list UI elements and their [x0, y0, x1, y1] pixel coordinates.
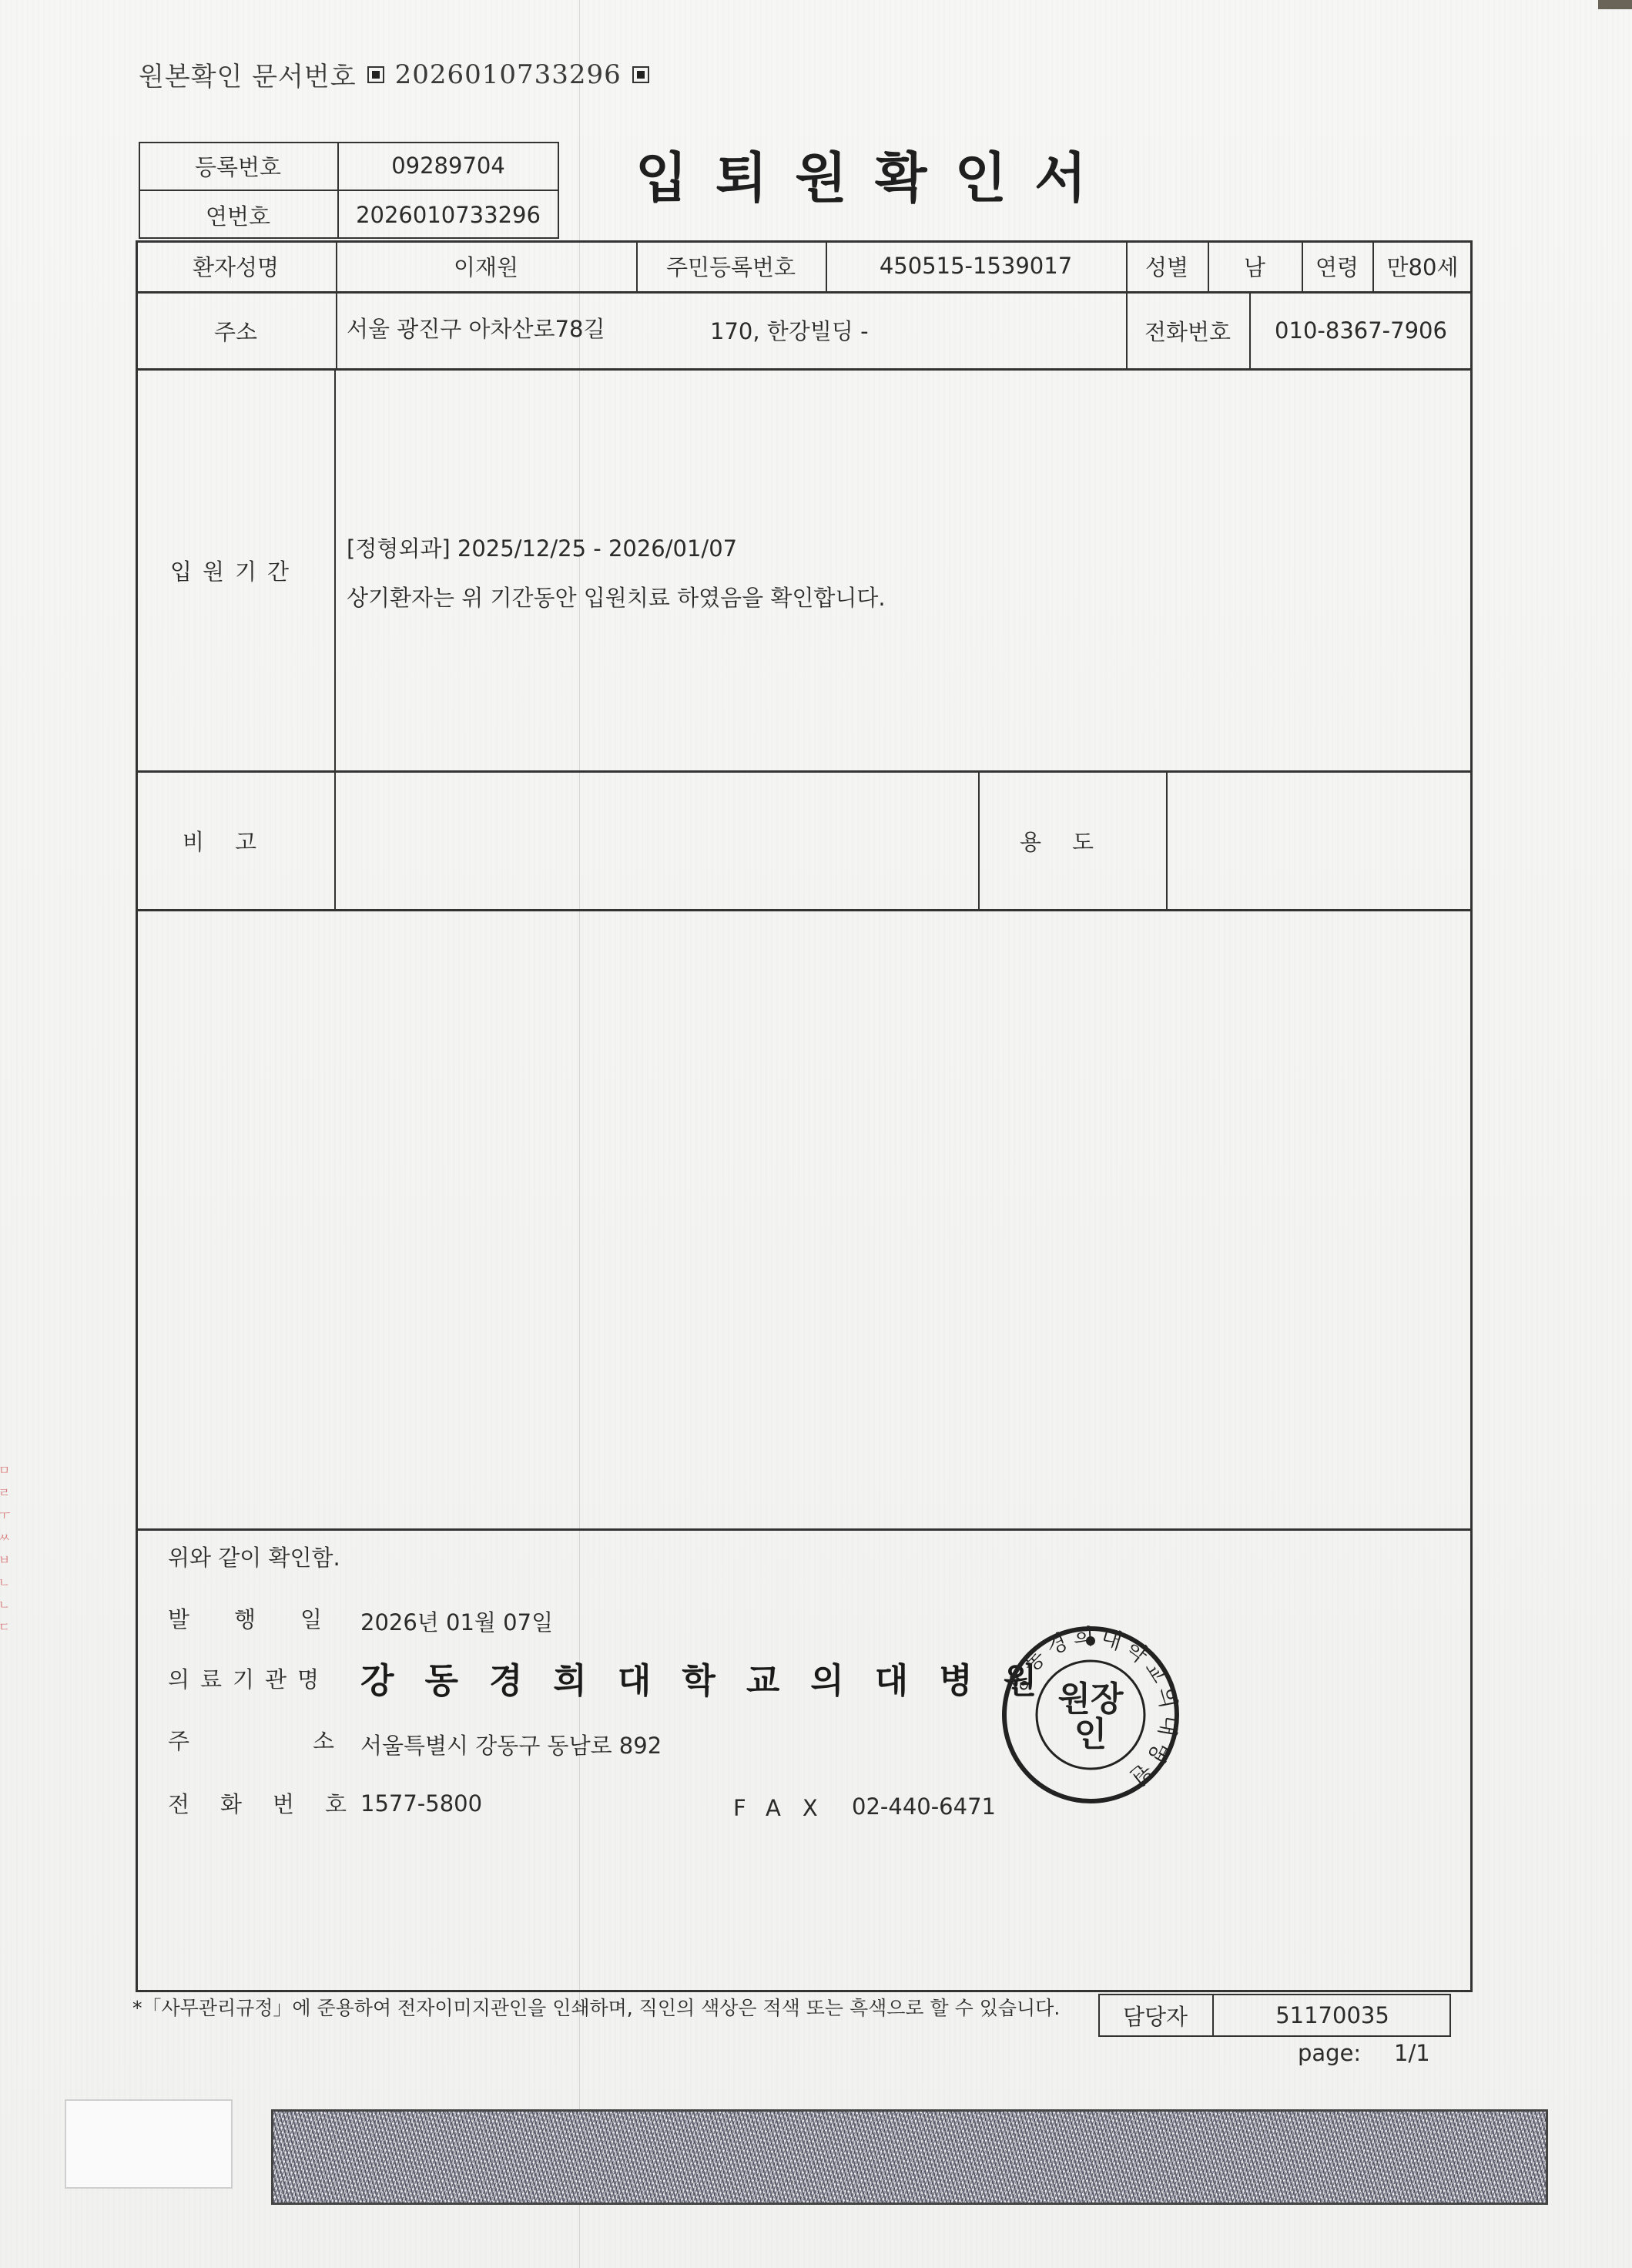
serial-number-label: 연번호 [139, 191, 337, 239]
admission-statement: 상기환자는 위 기간동안 입원치료 하였음을 확인합니다. [347, 581, 886, 612]
confirmation-statement: 위와 같이 확인함. [168, 1541, 340, 1572]
page-corner-edge [1598, 0, 1632, 9]
rrn-label: 주민등록번호 [636, 240, 826, 291]
issue-date-label: 발행일 [168, 1602, 367, 1634]
original-verification-header: 원본확인 문서번호 2026010733296 [139, 55, 649, 93]
admission-period-label: 입원기간 [136, 370, 334, 770]
header-label: 원본확인 문서번호 [139, 55, 357, 93]
registration-number-value: 09289704 [337, 142, 559, 190]
divider [136, 1528, 1473, 1531]
rrn-value: 450515-1539017 [826, 240, 1126, 291]
security-pattern-strip [271, 2109, 1548, 2205]
purpose-label: 용도 [978, 772, 1166, 909]
institution-phone-value: 1577-5800 [360, 1790, 482, 1817]
sex-label: 성별 [1126, 240, 1208, 291]
issue-date-value: 2026년 01월 07일 [360, 1605, 553, 1637]
age-value: 만80세 [1372, 240, 1473, 291]
document-title: 입퇴원확인서 [635, 135, 1114, 213]
fax-value: 02-440-6471 [852, 1793, 996, 1820]
manager-label: 담당자 [1098, 1994, 1212, 2037]
divider [136, 909, 1473, 911]
address-line2: 170, 한강빌딩 - [710, 314, 869, 346]
page-label: page: [1298, 2040, 1361, 2066]
purpose-value [1168, 772, 1473, 909]
institution-address-value: 서울특별시 강동구 동남로 892 [360, 1729, 662, 1760]
filled-square-icon [367, 66, 384, 83]
serial-number-value: 2026010733296 [337, 191, 559, 239]
age-label: 연령 [1302, 240, 1372, 291]
divider [136, 368, 1473, 371]
patient-name-value: 이재원 [336, 240, 636, 291]
sex-value: 남 [1208, 240, 1302, 291]
side-red-stamp: ㅁ ㄹ ㅜ ㅆ ㅂ ㄴ ㄴ ㄷ [2, 1464, 12, 1649]
page-value: 1/1 [1394, 2040, 1430, 2066]
remarks-label: 비고 [136, 772, 334, 909]
fax-label: FAX [733, 1795, 839, 1821]
svg-text:원장: 원장 [1057, 1679, 1124, 1719]
phone-label: 전화번호 [1126, 293, 1249, 368]
address-line1: 서울 광진구 아차산로78길 [347, 312, 605, 344]
manager-id: 51170035 [1214, 1994, 1451, 2037]
blank-stamp-box [65, 2099, 233, 2189]
phone-value: 010-8367-7906 [1249, 293, 1473, 368]
patient-name-label: 환자성명 [136, 240, 336, 291]
admission-period-value: [정형외과] 2025/12/25 - 2026/01/07 [347, 532, 737, 563]
remarks-value [336, 772, 978, 909]
registration-number-label: 등록번호 [139, 142, 337, 190]
institution-name: 강동경희대학교의대병원 [360, 1652, 1067, 1703]
svg-text:인: 인 [1074, 1715, 1108, 1754]
address-label: 주소 [136, 293, 336, 368]
institution-phone-label: 전화번호 [168, 1787, 377, 1819]
official-seal-icon: 강동경희대학교의대병원 원장 인 [1000, 1624, 1181, 1806]
institution-label: 의료기관명 [168, 1662, 330, 1694]
header-doc-number: 2026010733296 [395, 59, 622, 90]
footer-notice: *「사무관리규정」에 준용하여 전자이미지관인을 인쇄하며, 직인의 색상은 적… [132, 1998, 1080, 2018]
filled-square-icon [632, 66, 649, 83]
